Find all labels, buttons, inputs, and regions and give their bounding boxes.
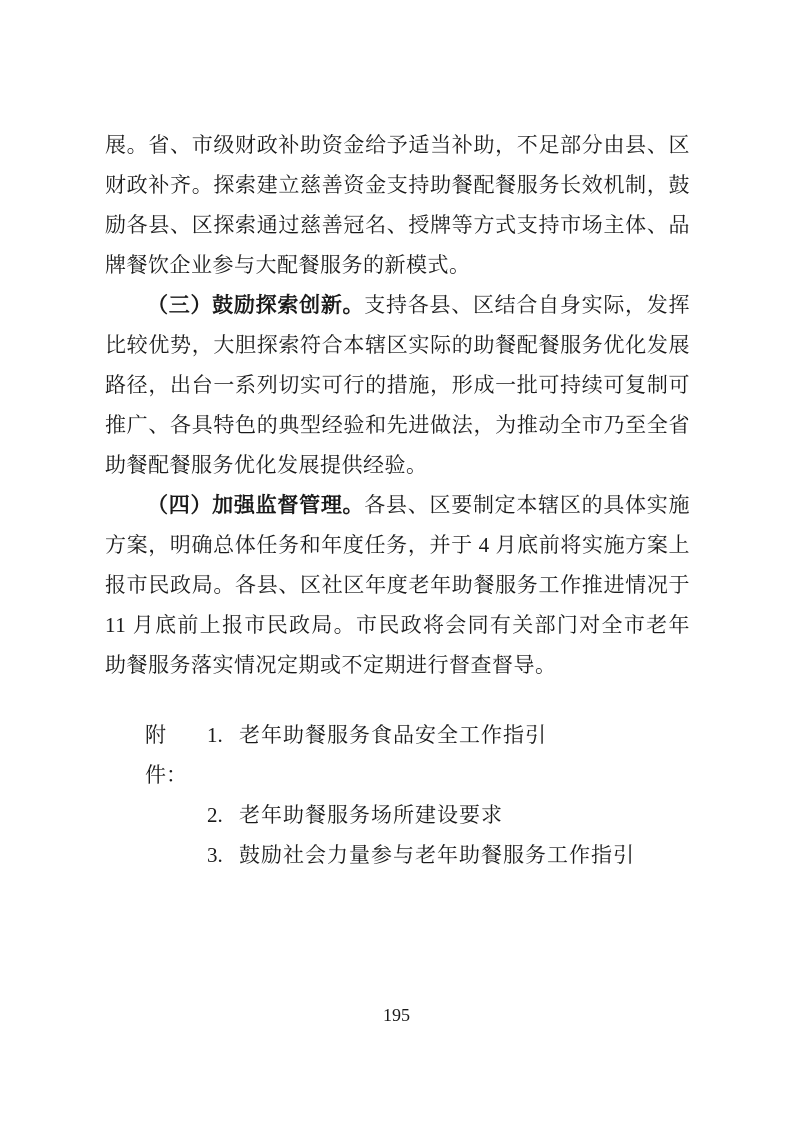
attachment-title: 老年助餐服务场所建设要求	[239, 795, 503, 835]
attachment-item: 3. 鼓励社会力量参与老年助餐服务工作指引	[145, 835, 690, 875]
page-number: 195	[0, 1003, 793, 1027]
paragraph-section-4: （四）加强监督管理。各县、区要制定本辖区的具体实施方案，明确总体任务和年度任务，…	[105, 485, 690, 685]
paragraph-section-3: （三）鼓励探索创新。支持各县、区结合自身实际，发挥比较优势，大胆探索符合本辖区实…	[105, 285, 690, 485]
attachment-title: 鼓励社会力量参与老年助餐服务工作指引	[239, 835, 635, 875]
attachment-title: 老年助餐服务食品安全工作指引	[239, 715, 547, 755]
section-4-heading: （四）加强监督管理。	[147, 493, 364, 517]
attachment-number: 3.	[207, 835, 239, 875]
attachments-label: 附件：	[145, 715, 207, 795]
section-3-heading: （三）鼓励探索创新。	[147, 293, 364, 317]
document-page: 展。省、市级财政补助资金给予适当补助，不足部分由县、区财政补齐。探索建立慈善资金…	[0, 0, 793, 1122]
attachment-item: 2. 老年助餐服务场所建设要求	[145, 795, 690, 835]
paragraph-text: 各县、区要制定本辖区的具体实施方案，明确总体任务和年度任务，并于 4 月底前将实…	[105, 493, 690, 677]
paragraph-text: 展。省、市级财政补助资金给予适当补助，不足部分由县、区财政补齐。探索建立慈善资金…	[105, 133, 690, 277]
paragraph-text: 支持各县、区结合自身实际，发挥比较优势，大胆探索符合本辖区实际的助餐配餐服务优化…	[105, 293, 690, 477]
attachment-number: 2.	[207, 795, 239, 835]
attachments-list: 附件： 1. 老年助餐服务食品安全工作指引 2. 老年助餐服务场所建设要求 3.…	[145, 715, 690, 875]
document-body: 展。省、市级财政补助资金给予适当补助，不足部分由县、区财政补齐。探索建立慈善资金…	[105, 125, 690, 875]
paragraph-continuation: 展。省、市级财政补助资金给予适当补助，不足部分由县、区财政补齐。探索建立慈善资金…	[105, 125, 690, 285]
attachment-item: 附件： 1. 老年助餐服务食品安全工作指引	[145, 715, 690, 795]
attachment-number: 1.	[207, 715, 239, 755]
